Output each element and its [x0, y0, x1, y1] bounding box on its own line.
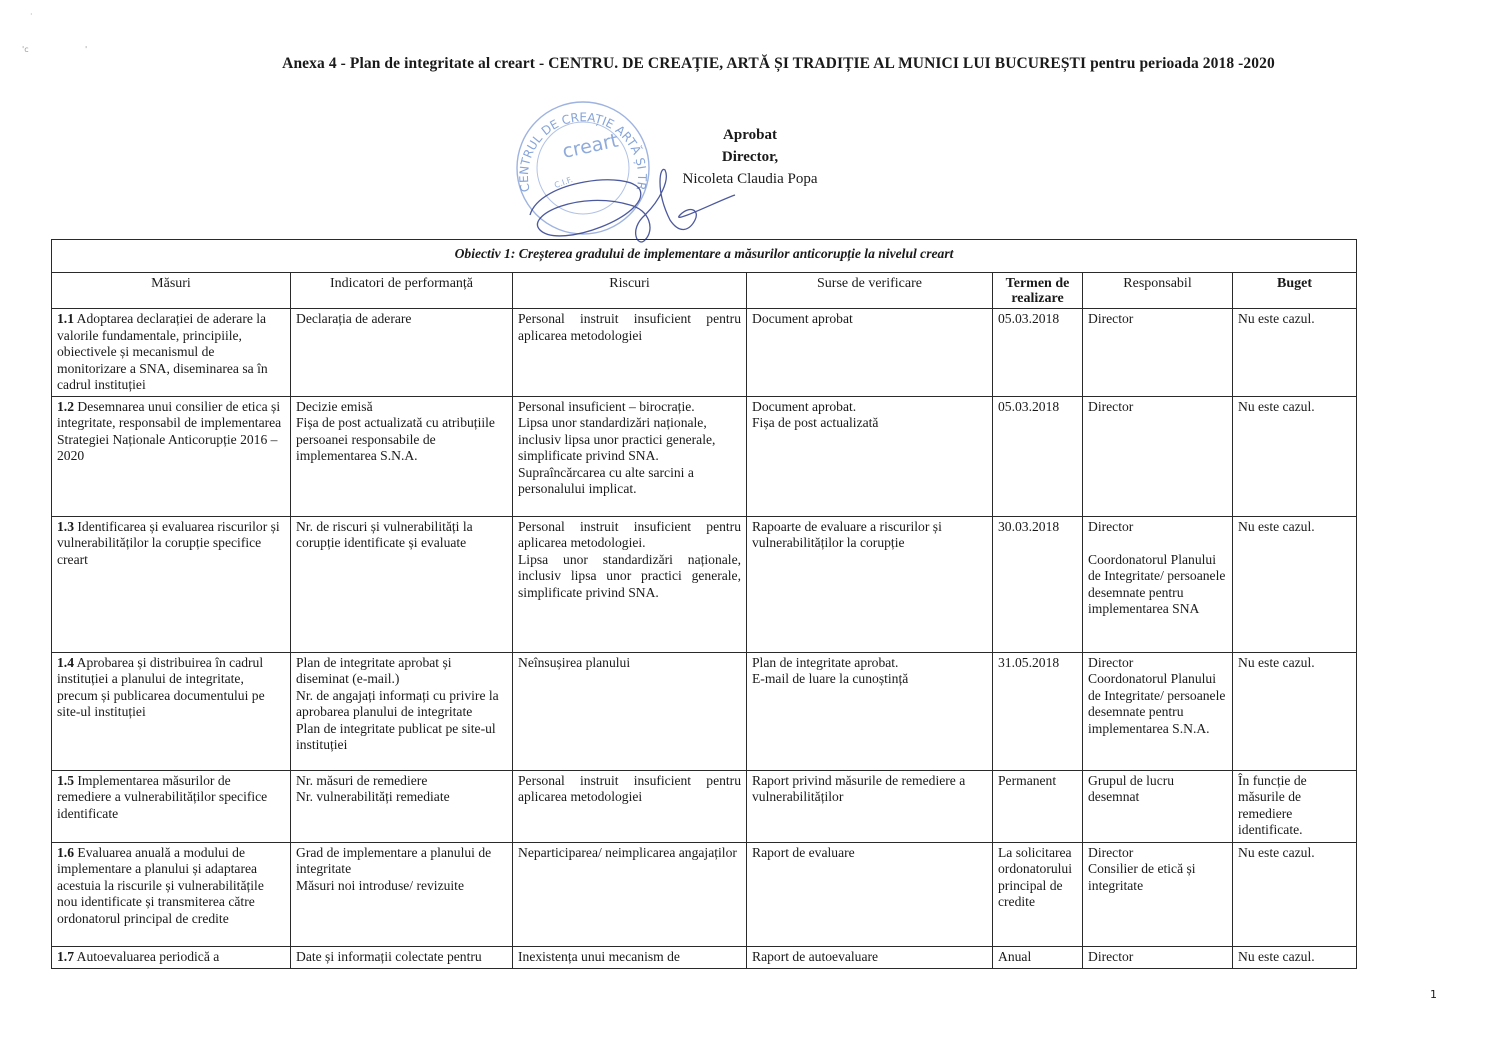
- approver-name: Nicoleta Claudia Popa: [650, 168, 850, 190]
- responsible-cell: Director Coordonatorul Planului de Integ…: [1083, 516, 1233, 652]
- header-surse: Surse de verificare: [747, 273, 993, 309]
- indicator-line: Date și informații colectate pentru: [296, 949, 507, 966]
- responsible-line: Consilier de etică și integritate: [1088, 861, 1227, 894]
- indicator-line: Măsuri noi introduse/ revizuite: [296, 878, 507, 895]
- measure-text: Adoptarea declarației de aderare la valo…: [57, 311, 268, 392]
- indicator-line: Nr. măsuri de remediere: [296, 773, 507, 790]
- indicator-cell: Date și informații colectate pentru: [291, 946, 513, 968]
- measure-number: 1.3: [57, 519, 74, 534]
- page-number: 1: [1430, 988, 1437, 1001]
- measure-number: 1.5: [57, 773, 74, 788]
- responsible-line: Director: [1088, 949, 1227, 966]
- source-line: Plan de integritate aprobat.: [752, 655, 987, 672]
- source-cell: Plan de integritate aprobat.E-mail de lu…: [747, 652, 993, 770]
- approval-role: Director,: [650, 146, 850, 168]
- responsible-line: Director: [1088, 655, 1227, 672]
- table-row: 1.7 Autoevaluarea periodică aDate și inf…: [52, 946, 1357, 968]
- header-riscuri: Riscuri: [513, 273, 747, 309]
- measure-text: Autoevaluarea periodică a: [77, 949, 220, 964]
- header-termen: Termen de realizare: [993, 273, 1083, 309]
- indicator-line: Fișa de post actualizată cu atribuțiile …: [296, 415, 507, 465]
- responsible-cell: Director: [1083, 396, 1233, 516]
- indicator-line: Plan de integritate publicat pe site-ul …: [296, 721, 507, 754]
- risk-cell: Personal insuficient – birocrație.Lipsa …: [513, 396, 747, 516]
- indicator-line: Nr. de angajați informați cu privire la …: [296, 688, 507, 721]
- risk-line: Neînsușirea planului: [518, 655, 741, 672]
- deadline-cell: 31.05.2018: [993, 652, 1083, 770]
- source-cell: Document aprobat: [747, 309, 993, 397]
- scan-artifact: 'c: [22, 45, 29, 54]
- header-indicatori: Indicatori de performanță: [291, 273, 513, 309]
- measure-text: Identificarea și evaluarea riscurilor și…: [57, 519, 280, 567]
- budget-cell: În funcție de măsurile de remediere iden…: [1233, 770, 1357, 842]
- indicator-line: Nr. vulnerabilități remediate: [296, 789, 507, 806]
- source-line: Document aprobat: [752, 311, 987, 328]
- source-cell: Document aprobat.Fișa de post actualizat…: [747, 396, 993, 516]
- responsible-cell: DirectorConsilier de etică și integritat…: [1083, 842, 1233, 946]
- deadline-cell: 05.03.2018: [993, 309, 1083, 397]
- document-title: Anexa 4 - Plan de integritate al creart …: [0, 55, 1497, 73]
- responsible-line: [1088, 535, 1227, 552]
- risk-line: Personal instruit insuficient pentru apl…: [518, 311, 741, 344]
- responsible-line: Director: [1088, 311, 1227, 328]
- source-cell: Raport privind măsurile de remediere a v…: [747, 770, 993, 842]
- budget-cell: Nu este cazul.: [1233, 946, 1357, 968]
- objective-title: Obiectiv 1: Creșterea gradului de implem…: [52, 240, 1357, 273]
- responsible-line: Coordonatorul Planului de Integritate/ p…: [1088, 552, 1227, 618]
- budget-cell: Nu este cazul.: [1233, 652, 1357, 770]
- source-line: Raport de autoevaluare: [752, 949, 987, 966]
- measure-cell: 1.4 Aprobarea și distribuirea în cadrul …: [52, 652, 291, 770]
- indicator-line: Nr. de riscuri și vulnerabilități la cor…: [296, 519, 507, 552]
- measure-number: 1.2: [57, 399, 74, 414]
- risk-line: Supraîncărcarea cu alte sarcini a person…: [518, 465, 741, 498]
- risk-cell: Personal instruit insuficient pentru apl…: [513, 309, 747, 397]
- integrity-plan-table: Obiectiv 1: Creșterea gradului de implem…: [51, 239, 1356, 969]
- responsible-line: Coordonatorul Planului de Integritate/ p…: [1088, 671, 1227, 737]
- header-buget: Buget: [1233, 273, 1357, 309]
- source-cell: Raport de evaluare: [747, 842, 993, 946]
- measure-cell: 1.2 Desemnarea unui consilier de etica ș…: [52, 396, 291, 516]
- indicator-cell: Plan de integritate aprobat și diseminat…: [291, 652, 513, 770]
- table-row: 1.6 Evaluarea anuală a modului de implem…: [52, 842, 1357, 946]
- deadline-cell: Permanent: [993, 770, 1083, 842]
- table-row: 1.1 Adoptarea declarației de aderare la …: [52, 309, 1357, 397]
- measure-number: 1.7: [57, 949, 74, 964]
- measure-cell: 1.1 Adoptarea declarației de aderare la …: [52, 309, 291, 397]
- source-cell: Raport de autoevaluare: [747, 946, 993, 968]
- deadline-cell: 05.03.2018: [993, 396, 1083, 516]
- risk-line: Neparticiparea/ neimplicarea angajaților: [518, 845, 741, 862]
- table-row: 1.2 Desemnarea unui consilier de etica ș…: [52, 396, 1357, 516]
- risk-line: Inexistența unui mecanism de: [518, 949, 741, 966]
- table-row: 1.5 Implementarea măsurilor de remediere…: [52, 770, 1357, 842]
- indicator-cell: Decizie emisăFișa de post actualizată cu…: [291, 396, 513, 516]
- risk-cell: Personal instruit insuficient pentru apl…: [513, 770, 747, 842]
- responsible-cell: Director: [1083, 309, 1233, 397]
- measure-cell: 1.5 Implementarea măsurilor de remediere…: [52, 770, 291, 842]
- scan-artifact: ·: [30, 10, 33, 19]
- header-row: Măsuri Indicatori de performanță Riscuri…: [52, 273, 1357, 309]
- table-row: 1.3 Identificarea și evaluarea riscurilo…: [52, 516, 1357, 652]
- indicator-cell: Nr. de riscuri și vulnerabilități la cor…: [291, 516, 513, 652]
- measure-cell: 1.6 Evaluarea anuală a modului de implem…: [52, 842, 291, 946]
- svg-text:creart: creart: [560, 130, 620, 163]
- objective-row: Obiectiv 1: Creșterea gradului de implem…: [52, 240, 1357, 273]
- measure-text: Evaluarea anuală a modului de implementa…: [57, 845, 264, 926]
- indicator-line: Declarația de aderare: [296, 311, 507, 328]
- risk-cell: Personal instruit insuficient pentru apl…: [513, 516, 747, 652]
- table-row: 1.4 Aprobarea și distribuirea în cadrul …: [52, 652, 1357, 770]
- risk-line: Lipsa unor standardizări naționale, incl…: [518, 552, 741, 602]
- budget-cell: Nu este cazul.: [1233, 842, 1357, 946]
- source-line: Raport privind măsurile de remediere a v…: [752, 773, 987, 806]
- measure-cell: 1.7 Autoevaluarea periodică a: [52, 946, 291, 968]
- risk-cell: Neparticiparea/ neimplicarea angajaților: [513, 842, 747, 946]
- source-cell: Rapoarte de evaluare a riscurilor și vul…: [747, 516, 993, 652]
- header-masuri: Măsuri: [52, 273, 291, 309]
- source-line: Fișa de post actualizată: [752, 415, 987, 432]
- source-line: Document aprobat.: [752, 399, 987, 416]
- indicator-line: Grad de implementare a planului de integ…: [296, 845, 507, 878]
- responsible-line: Director: [1088, 399, 1227, 416]
- indicator-line: Plan de integritate aprobat și diseminat…: [296, 655, 507, 688]
- deadline-cell: 30.03.2018: [993, 516, 1083, 652]
- approval-block: Aprobat Director, Nicoleta Claudia Popa: [650, 124, 850, 190]
- responsible-line: Grupul de lucru desemnat: [1088, 773, 1227, 806]
- responsible-line: Director: [1088, 845, 1227, 862]
- source-line: Raport de evaluare: [752, 845, 987, 862]
- measure-cell: 1.3 Identificarea și evaluarea riscurilo…: [52, 516, 291, 652]
- deadline-cell: Anual: [993, 946, 1083, 968]
- responsible-cell: Grupul de lucru desemnat: [1083, 770, 1233, 842]
- deadline-cell: La solicitarea ordonatorului principal d…: [993, 842, 1083, 946]
- measure-number: 1.6: [57, 845, 74, 860]
- risk-line: Personal insuficient – birocrație.: [518, 399, 741, 416]
- indicator-cell: Grad de implementare a planului de integ…: [291, 842, 513, 946]
- risk-cell: Inexistența unui mecanism de: [513, 946, 747, 968]
- approval-label: Aprobat: [650, 124, 850, 146]
- indicator-line: Decizie emisă: [296, 399, 507, 416]
- risk-line: Lipsa unor standardizări naționale, incl…: [518, 415, 741, 465]
- budget-cell: Nu este cazul.: [1233, 309, 1357, 397]
- header-responsabil: Responsabil: [1083, 273, 1233, 309]
- indicator-cell: Nr. măsuri de remediereNr. vulnerabilită…: [291, 770, 513, 842]
- measure-number: 1.4: [57, 655, 74, 670]
- responsible-cell: DirectorCoordonatorul Planului de Integr…: [1083, 652, 1233, 770]
- source-line: Rapoarte de evaluare a riscurilor și vul…: [752, 519, 987, 552]
- source-line: E-mail de luare la cunoștință: [752, 671, 987, 688]
- indicator-cell: Declarația de aderare: [291, 309, 513, 397]
- scan-artifact: ': [85, 45, 87, 54]
- budget-cell: Nu este cazul.: [1233, 396, 1357, 516]
- measure-text: Implementarea măsurilor de remediere a v…: [57, 773, 267, 821]
- risk-cell: Neînsușirea planului: [513, 652, 747, 770]
- risk-line: Personal instruit insuficient pentru apl…: [518, 519, 741, 552]
- responsible-line: Director: [1088, 519, 1227, 536]
- measure-text: Desemnarea unui consilier de etica și in…: [57, 399, 281, 464]
- responsible-cell: Director: [1083, 946, 1233, 968]
- budget-cell: Nu este cazul.: [1233, 516, 1357, 652]
- measure-text: Aprobarea și distribuirea în cadrul inst…: [57, 655, 265, 720]
- measure-number: 1.1: [57, 311, 74, 326]
- risk-line: Personal instruit insuficient pentru apl…: [518, 773, 741, 806]
